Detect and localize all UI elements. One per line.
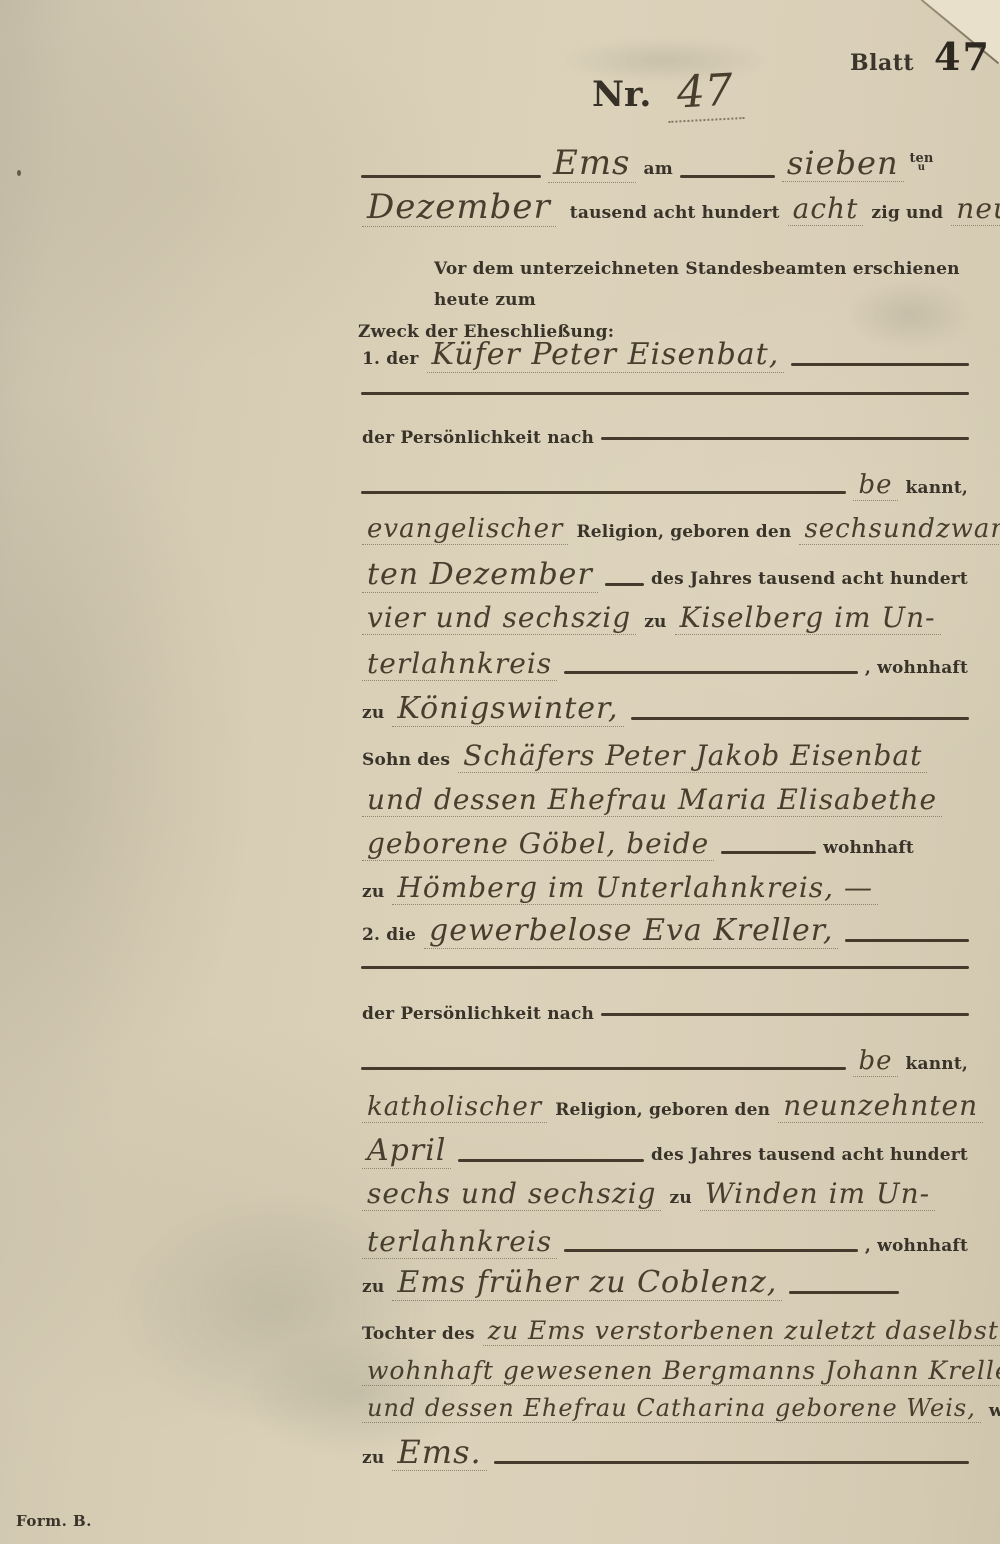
handwritten-text: wohnhaft gewesenen Bergmanns Johann Krel…	[362, 1358, 1000, 1386]
handwritten-text: zu Ems verstorbenen zuletzt daselbst	[483, 1318, 1000, 1346]
ink-rule	[721, 851, 816, 854]
handwritten-text: vier und sechszig	[362, 604, 636, 635]
form-line: bekannt,	[358, 472, 972, 501]
register-page: { "colors": { "paper": "#d9cfb6", "ink_p…	[0, 0, 1000, 1544]
printed-text: tausend acht hundert	[570, 205, 780, 222]
ink-rule	[361, 175, 541, 178]
printed-text: 2. die	[362, 927, 416, 944]
printed-text: zu	[362, 1279, 384, 1296]
handwritten-text: ten Dezember	[362, 560, 598, 593]
form-line: Dezembertausend acht hundertachtzig undn…	[358, 190, 972, 227]
form-line: zuEms.	[358, 1436, 972, 1471]
handwritten-text: April	[362, 1136, 451, 1169]
ink-rule	[564, 1249, 858, 1252]
form-line: zuEms früher zu Coblenz,	[358, 1268, 972, 1301]
handwritten-text: und dessen Ehefrau Maria Elisabethe	[362, 786, 942, 817]
printed-text: zu	[362, 705, 384, 722]
handwritten-text: Ems	[548, 146, 636, 183]
form-line: und dessen Ehefrau Maria Elisabethe	[358, 786, 972, 817]
printed-text: Religion, geboren den	[555, 1102, 770, 1119]
form-line: der Persönlichkeit nach	[358, 430, 972, 447]
printed-text: , wohnhaft	[865, 1238, 968, 1255]
printed-text: wohnhaft	[823, 840, 914, 857]
printed-text: der Persönlichkeit nach	[362, 430, 594, 447]
form-line	[358, 392, 972, 395]
handwritten-text: terlahnkreis	[362, 1228, 557, 1259]
printed-text: zu	[362, 884, 384, 901]
printed-text: des Jahres tausend acht hundert	[651, 1147, 968, 1164]
printed-text: Sohn des	[362, 752, 450, 769]
handwritten-text: terlahnkreis	[362, 650, 557, 681]
form-line	[358, 966, 972, 969]
handwritten-text: neun,	[951, 195, 1000, 226]
handwritten-text: Ems früher zu Coblenz,	[392, 1268, 782, 1301]
printed-text: der Persönlichkeit nach	[362, 1006, 594, 1023]
ink-rule	[631, 717, 969, 720]
ink-rule	[845, 939, 969, 942]
printed-text: zu	[362, 1450, 384, 1467]
ink-rule	[361, 966, 969, 969]
handwritten-text: gewerbelose Eva Kreller,	[424, 916, 838, 949]
printed-text: , wohnhaft	[865, 660, 968, 677]
printed-text: zu	[669, 1190, 691, 1207]
printed-text: zu	[644, 614, 666, 631]
handwritten-text: be	[853, 472, 897, 501]
form-body: EmsamsiebentenuDezembertausend acht hund…	[0, 0, 1000, 1544]
handwritten-text: sechs und sechszig	[362, 1180, 661, 1211]
handwritten-text: Winden im Un-	[700, 1180, 935, 1211]
ink-rule	[361, 392, 969, 395]
ink-rule	[458, 1159, 644, 1162]
form-designation: Form. B.	[16, 1512, 92, 1530]
form-line: sechs und sechszigzuWinden im Un-	[358, 1180, 972, 1211]
form-line: ten Dezemberdes Jahres tausend acht hund…	[358, 560, 972, 593]
form-line: 1. derKüfer Peter Eisenbat,	[358, 340, 972, 373]
form-line: terlahnkreis, wohnhaft	[358, 650, 972, 681]
form-line: zuKönigswinter,	[358, 694, 972, 727]
ordinal-suffix: tenu	[910, 153, 934, 173]
form-line: bekannt,	[358, 1048, 972, 1077]
form-line: Tochter deszu Ems verstorbenen zuletzt d…	[358, 1318, 972, 1346]
form-line: zuHömberg im Unterlahnkreis, —	[358, 874, 972, 905]
handwritten-text: und dessen Ehefrau Catharina geborene We…	[362, 1396, 981, 1423]
printed-text: des Jahres tausend acht hundert	[651, 571, 968, 588]
handwritten-text: Schäfers Peter Jakob Eisenbat	[458, 742, 927, 773]
handwritten-text: Hömberg im Unterlahnkreis, —	[392, 874, 878, 905]
handwritten-text: Küfer Peter Eisenbat,	[427, 340, 785, 373]
printed-text: kannt,	[906, 1056, 969, 1073]
printed-text: Religion, geboren den	[576, 524, 791, 541]
ink-rule	[791, 363, 969, 366]
ink-rule	[680, 175, 775, 178]
ink-rule	[601, 437, 969, 440]
form-line: Emsamsiebentenu	[358, 146, 972, 185]
printed-text: wohnhaft	[989, 1403, 1000, 1420]
form-line: katholischerReligion, geboren denneunzeh…	[358, 1092, 972, 1123]
printed-text: kannt,	[906, 480, 969, 497]
printed-text: 1. der	[362, 351, 419, 368]
handwritten-text: Ems.	[392, 1436, 486, 1471]
form-line: evangelischerReligion, geboren densechsu…	[358, 516, 972, 545]
handwritten-text: geborene Göbel, beide	[362, 830, 714, 861]
printed-text: Tochter des	[362, 1326, 475, 1343]
handwritten-text: sechsundzwanzigs-	[799, 516, 1000, 545]
ink-rule	[361, 491, 846, 494]
ordinal-suffix-mark: u	[918, 164, 925, 173]
form-line: geborene Göbel, beidewohnhaft	[358, 830, 972, 861]
form-line: vier und sechszigzuKiselberg im Un-	[358, 604, 972, 635]
form-line: Sohn desSchäfers Peter Jakob Eisenbat	[358, 742, 972, 773]
handwritten-text: sieben	[782, 147, 904, 182]
form-line: 2. diegewerbelose Eva Kreller,	[358, 916, 972, 949]
ink-rule	[564, 671, 858, 674]
ink-rule	[789, 1291, 899, 1294]
handwritten-text: evangelischer	[362, 516, 568, 545]
printed-text: zig und	[871, 205, 943, 222]
form-line: terlahnkreis, wohnhaft	[358, 1228, 972, 1259]
ink-rule	[361, 1067, 846, 1070]
handwritten-text: acht	[788, 195, 864, 226]
handwritten-text: Königswinter,	[392, 694, 623, 727]
handwritten-text: Kiselberg im Un-	[675, 604, 941, 635]
form-line: und dessen Ehefrau Catharina geborene We…	[358, 1396, 972, 1423]
handwritten-text: neunzehnten	[778, 1092, 983, 1123]
ink-rule	[605, 583, 644, 586]
form-line: wohnhaft gewesenen Bergmanns Johann Krel…	[358, 1358, 972, 1386]
form-line: der Persönlichkeit nach	[358, 1006, 972, 1023]
ink-rule	[601, 1013, 969, 1016]
handwritten-text: katholischer	[362, 1094, 547, 1123]
handwritten-text: be	[853, 1048, 897, 1077]
form-line: Aprildes Jahres tausend acht hundert	[358, 1136, 972, 1169]
printed-text: am	[644, 161, 673, 178]
ink-rule	[494, 1461, 969, 1464]
handwritten-text: Dezember	[362, 190, 556, 227]
